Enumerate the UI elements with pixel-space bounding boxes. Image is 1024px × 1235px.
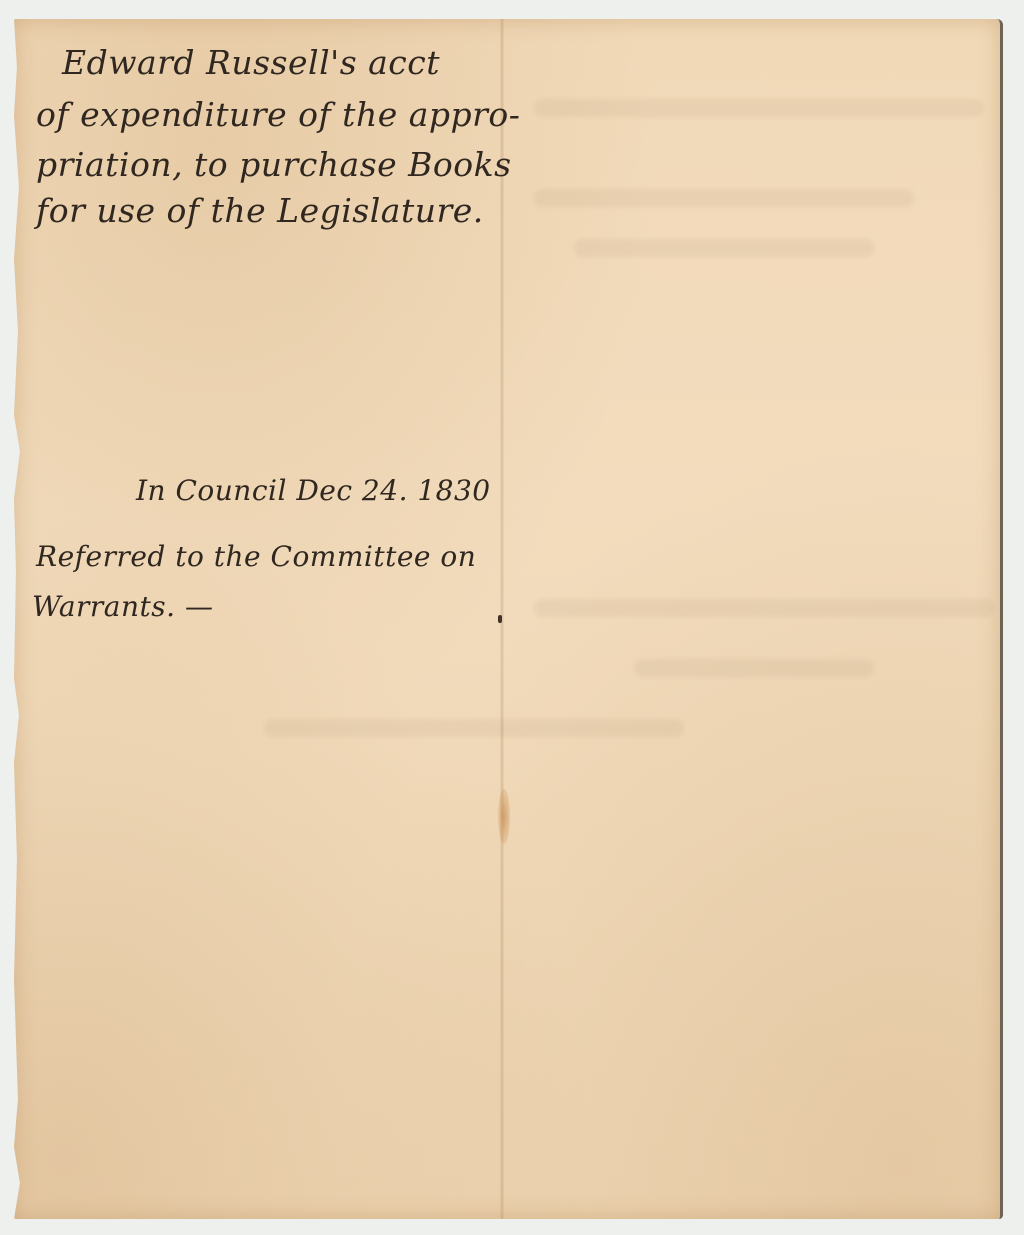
foxing-stain <box>498 789 510 844</box>
heading-line-1: Edward Russell's acct <box>62 41 440 85</box>
heading-line-2: of expenditure of the appro- <box>36 93 520 137</box>
endorsement-date: In Council Dec 24. 1830 <box>136 471 491 511</box>
bleed-through-mark <box>574 239 874 257</box>
bleed-through-mark <box>634 659 874 677</box>
referral-line-2: Warrants. — <box>32 587 213 627</box>
referral-line-1: Referred to the Committee on <box>36 537 476 577</box>
folded-paper-sheet: Edward Russell's acct of expenditure of … <box>14 19 1003 1219</box>
bleed-through-mark <box>264 719 684 737</box>
ink-speck <box>498 615 502 623</box>
heading-line-4: for use of the Legislature. <box>36 189 484 233</box>
bleed-through-mark <box>534 99 984 117</box>
bleed-through-mark <box>534 599 994 617</box>
heading-line-3: priation, to purchase Books <box>36 143 512 187</box>
document-scan: Edward Russell's acct of expenditure of … <box>0 0 1024 1235</box>
bleed-through-mark <box>534 189 914 207</box>
